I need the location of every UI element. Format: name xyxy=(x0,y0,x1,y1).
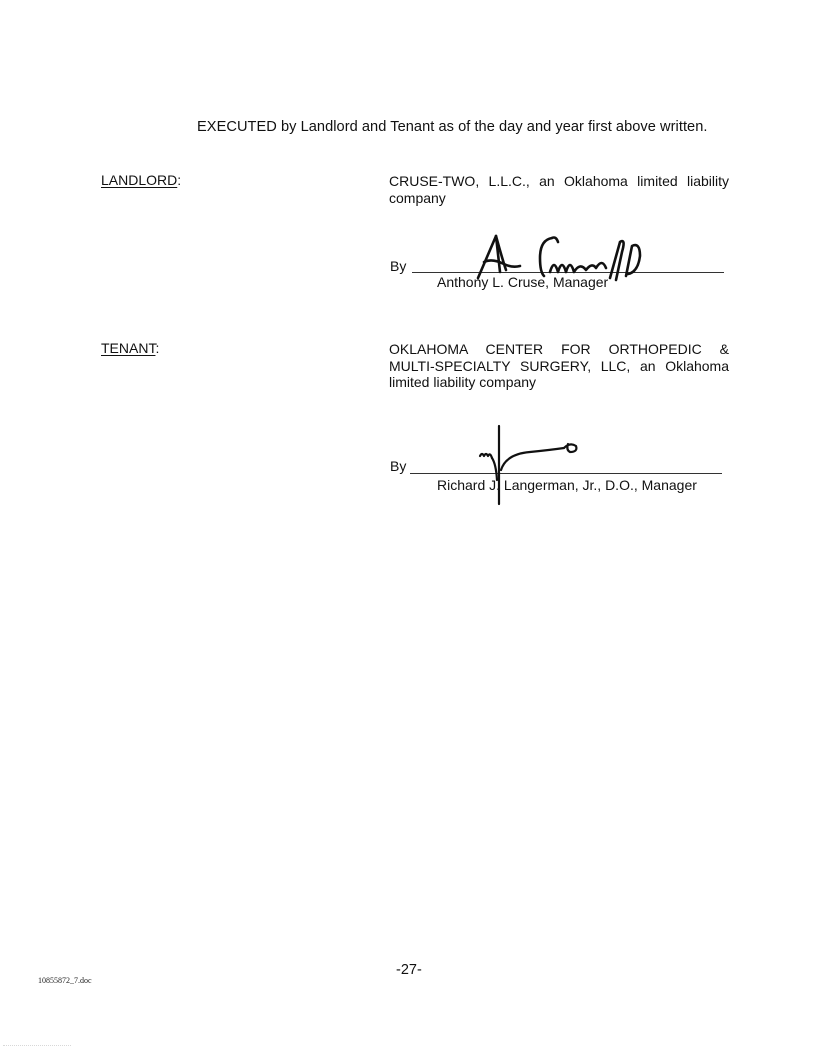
landlord-signature-line xyxy=(412,272,724,273)
tenant-entity-line: OKLAHOMA CENTER FOR ORTHOPEDIC & xyxy=(389,341,729,358)
tenant-entity-line: limited liability company xyxy=(389,374,729,391)
document-id: 10855872_7.doc xyxy=(38,976,92,985)
tenant-entity: OKLAHOMA CENTER FOR ORTHOPEDIC & MULTI-S… xyxy=(389,341,729,391)
landlord-by-label: By xyxy=(390,258,406,274)
landlord-entity-line: CRUSE-TWO, L.L.C., an Oklahoma limited l… xyxy=(389,173,729,190)
tenant-signature-line xyxy=(410,473,722,474)
tenant-label: TENANT: xyxy=(101,340,159,356)
document-page: EXECUTED by Landlord and Tenant as of th… xyxy=(0,0,820,1061)
tenant-label-colon: : xyxy=(155,340,159,356)
tenant-by-label: By xyxy=(390,458,406,474)
tenant-signer-name: Richard J. Langerman, Jr., D.O., Manager xyxy=(437,477,697,493)
scan-artifact xyxy=(3,1045,71,1046)
landlord-entity: CRUSE-TWO, L.L.C., an Oklahoma limited l… xyxy=(389,173,729,206)
landlord-entity-line: company xyxy=(389,190,729,207)
page-number: -27- xyxy=(396,962,422,978)
tenant-label-text: TENANT xyxy=(101,340,155,356)
landlord-label-text: LANDLORD xyxy=(101,172,177,188)
landlord-label: LANDLORD: xyxy=(101,172,181,188)
tenant-entity-line: MULTI-SPECIALTY SURGERY, LLC, an Oklahom… xyxy=(389,358,729,375)
execution-statement: EXECUTED by Landlord and Tenant as of th… xyxy=(197,119,708,135)
landlord-signer-name: Anthony L. Cruse, Manager xyxy=(437,274,608,290)
tenant-signature-icon xyxy=(470,424,590,506)
landlord-label-colon: : xyxy=(177,172,181,188)
